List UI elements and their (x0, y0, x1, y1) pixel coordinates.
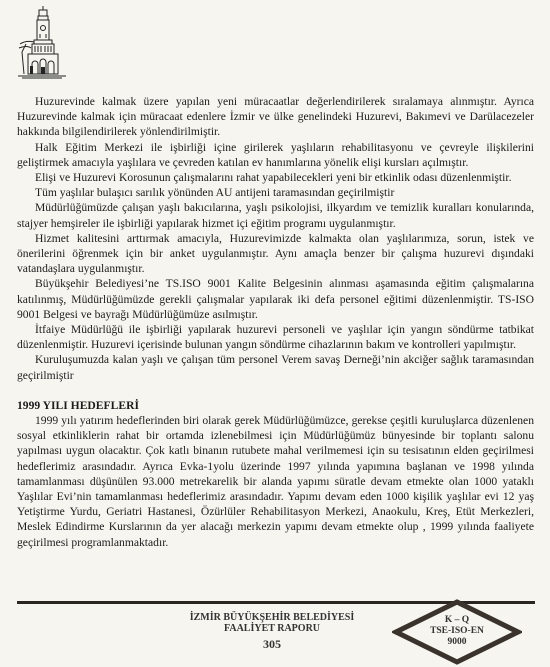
izmir-clock-tower-icon (16, 4, 70, 82)
section-paragraph: 1999 yılı yatırım hedeflerinden biri ola… (17, 413, 534, 550)
page-number: 305 (242, 637, 302, 652)
footer-org-line1: İZMİR BÜYÜKŞEHİR BELEDİYESİ (172, 612, 372, 623)
paragraph: Halk Eğitim Merkezi ile işbirliği içine … (17, 140, 534, 170)
badge-line1: K – Q (392, 615, 522, 626)
paragraph: Tüm yaşlılar bulaşıcı sarılık yönünden A… (17, 185, 534, 200)
footer-org-line2: FAALİYET RAPORU (172, 623, 372, 634)
badge-line3: 9000 (392, 637, 522, 648)
paragraph: Huzurevinde kalmak üzere yapılan yeni mü… (17, 94, 534, 140)
paragraph: Elişi ve Huzurevi Korosunun çalışmaların… (17, 170, 534, 185)
section-heading: 1999 YILI HEDEFLERİ (17, 398, 534, 413)
paragraph: Büyükşehir Belediyesi’ne TS.ISO 9001 Kal… (17, 276, 534, 322)
quality-badge: K – Q TSE-ISO-EN 9000 (392, 615, 522, 648)
paragraph: Kuruluşumuzda kalan yaşlı ve çalışan tüm… (17, 352, 534, 382)
footer-organization: İZMİR BÜYÜKŞEHİR BELEDİYESİ FAALİYET RAP… (172, 612, 372, 634)
paragraph: Hizmet kalitesini arttırmak amacıyla, Hu… (17, 231, 534, 277)
paragraph: İtfaiye Müdürlüğü ile işbirliği yapılara… (17, 322, 534, 352)
document-body: Huzurevinde kalmak üzere yapılan yeni mü… (17, 94, 534, 550)
badge-line2: TSE-ISO-EN (392, 626, 522, 637)
paragraph: Müdürlüğümüzde çalışan yaşlı bakıcıların… (17, 200, 534, 230)
